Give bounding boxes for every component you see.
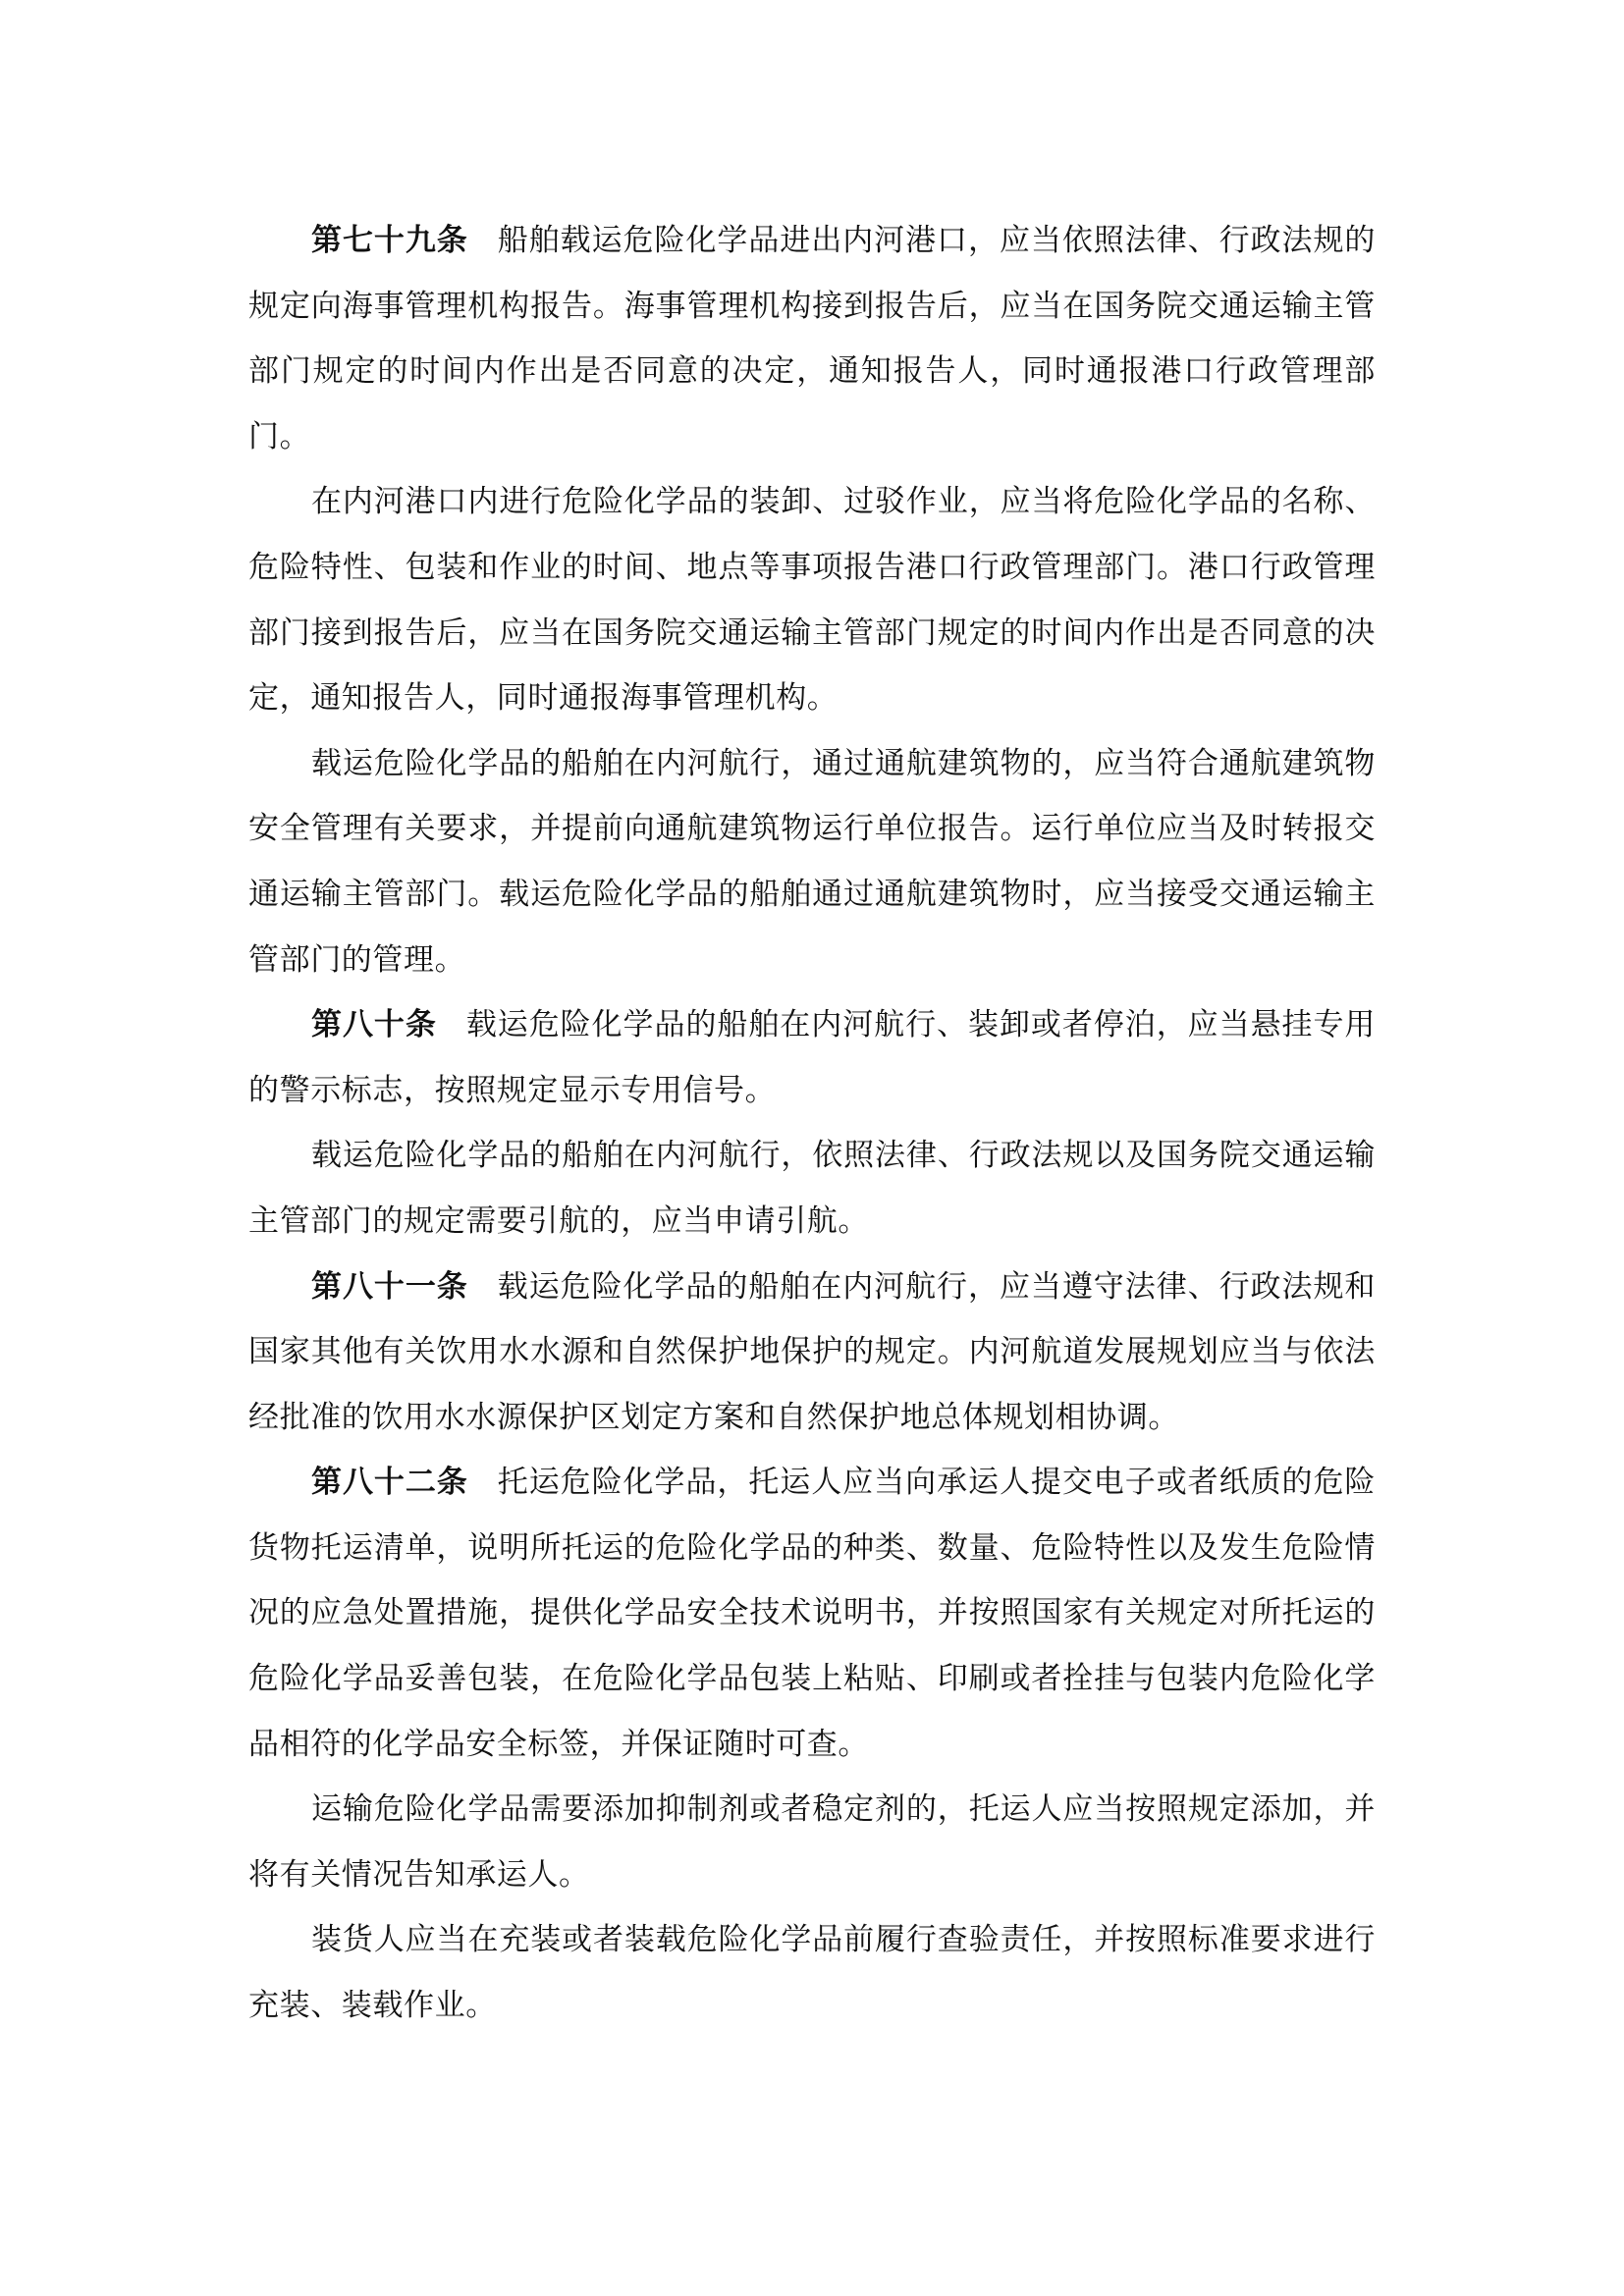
paragraph: 运输危险化学品需要添加抑制剂或者稳定剂的，托运人应当按照规定添加，并将有关情况告…: [248, 1777, 1376, 1907]
paragraph-text: 托运危险化学品，托运人应当向承运人提交电子或者纸质的危险货物托运清单，说明所托运…: [248, 1465, 1376, 1761]
document-page: 第七十九条船舶载运危险化学品进出内河港口，应当依照法律、行政法规的规定向海事管理…: [248, 208, 1376, 2039]
paragraph-article-79: 第七十九条船舶载运危险化学品进出内河港口，应当依照法律、行政法规的规定向海事管理…: [248, 208, 1376, 469]
paragraph-article-81: 第八十一条载运危险化学品的船舶在内河航行，应当遵守法律、行政法规和国家其他有关饮…: [248, 1255, 1376, 1451]
paragraph-article-80: 第八十条载运危险化学品的船舶在内河航行、装卸或者停泊，应当悬挂专用的警示标志，按…: [248, 992, 1376, 1123]
article-heading: 第八十条: [311, 1007, 437, 1042]
paragraph-text: 在内河港口内进行危险化学品的装卸、过驳作业，应当将危险化学品的名称、危险特性、包…: [248, 484, 1376, 716]
article-heading: 第八十一条: [311, 1269, 468, 1305]
paragraph: 载运危险化学品的船舶在内河航行，通过通航建筑物的，应当符合通航建筑物安全管理有关…: [248, 731, 1376, 992]
article-heading: 第八十二条: [311, 1465, 468, 1500]
paragraph-text: 载运危险化学品的船舶在内河航行，依照法律、行政法规以及国务院交通运输主管部门的规…: [248, 1138, 1376, 1239]
paragraph-text: 载运危险化学品的船舶在内河航行，通过通航建筑物的，应当符合通航建筑物安全管理有关…: [248, 746, 1376, 978]
paragraph: 装货人应当在充装或者装载危险化学品前履行查验责任，并按照标准要求进行充装、装载作…: [248, 1907, 1376, 2038]
paragraph-article-82: 第八十二条托运危险化学品，托运人应当向承运人提交电子或者纸质的危险货物托运清单，…: [248, 1450, 1376, 1777]
paragraph-text: 运输危险化学品需要添加抑制剂或者稳定剂的，托运人应当按照规定添加，并将有关情况告…: [248, 1791, 1376, 1893]
paragraph: 载运危险化学品的船舶在内河航行，依照法律、行政法规以及国务院交通运输主管部门的规…: [248, 1123, 1376, 1254]
paragraph-text: 装货人应当在充装或者装载危险化学品前履行查验责任，并按照标准要求进行充装、装载作…: [248, 1922, 1376, 2023]
paragraph: 在内河港口内进行危险化学品的装卸、过驳作业，应当将危险化学品的名称、危险特性、包…: [248, 469, 1376, 730]
article-heading: 第七十九条: [311, 223, 468, 258]
